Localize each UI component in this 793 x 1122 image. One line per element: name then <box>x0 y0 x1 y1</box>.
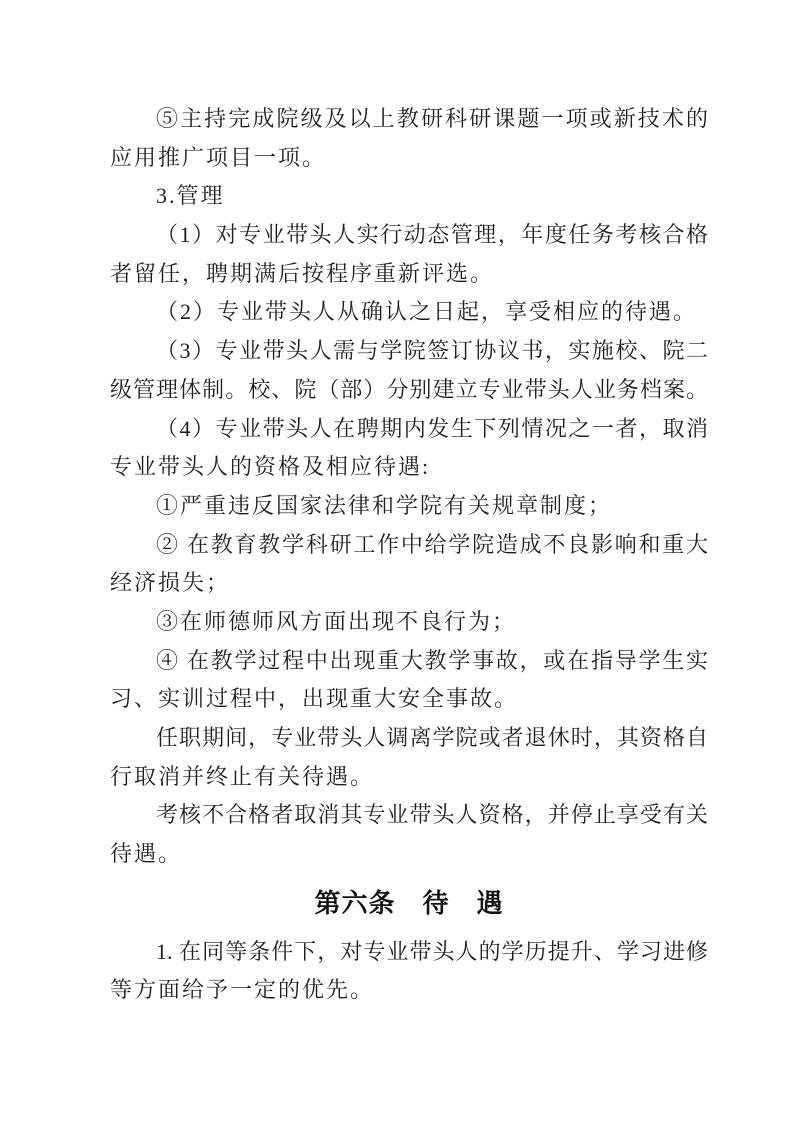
text-line: 者留任，聘期满后按程序重新评选。 <box>110 255 708 294</box>
text-line: 级管理体制。校、院（部）分别建立专业带头人业务档案。 <box>110 371 708 410</box>
text-line: 行取消并终止有关待遇。 <box>110 758 708 797</box>
text-line: ①严重违反国家法律和学院有关规章制度； <box>110 487 708 526</box>
section-heading: 第六条 待 遇 <box>110 883 708 923</box>
text-line: ② 在教育教学科研工作中给学院造成不良影响和重大 <box>110 526 708 565</box>
text-line: 等方面给予一定的优先。 <box>110 971 708 1010</box>
text-line: ⑤主持完成院级及以上教研科研课题一项或新技术的 <box>110 100 708 139</box>
text-line: 专业带头人的资格及相应待遇: <box>110 448 708 487</box>
text-line: 应用推广项目一项。 <box>110 139 708 178</box>
text-line: （4）专业带头人在聘期内发生下列情况之一者，取消 <box>110 410 708 449</box>
document-text-block: ⑤主持完成院级及以上教研科研课题一项或新技术的应用推广项目一项。3.管理（1）对… <box>110 100 708 1010</box>
text-line: （3）专业带头人需与学院签订协议书，实施校、院二 <box>110 332 708 371</box>
text-line: 待遇。 <box>110 835 708 874</box>
text-line: 1. 在同等条件下，对专业带头人的学历提升、学习进修 <box>110 933 708 972</box>
text-line: 习、实训过程中，出现重大安全事故。 <box>110 680 708 719</box>
document-page: ⑤主持完成院级及以上教研科研课题一项或新技术的应用推广项目一项。3.管理（1）对… <box>0 0 793 1122</box>
text-line: 3.管理 <box>110 177 708 216</box>
text-line: （1）对专业带头人实行动态管理，年度任务考核合格 <box>110 216 708 255</box>
text-line: 任职期间，专业带头人调离学院或者退休时，其资格自 <box>110 719 708 758</box>
text-line: ③在师德师风方面出现不良行为； <box>110 603 708 642</box>
text-line: ④ 在教学过程中出现重大教学事故，或在指导学生实 <box>110 642 708 681</box>
text-line: 经济损失； <box>110 564 708 603</box>
text-line: （2）专业带头人从确认之日起，享受相应的待遇。 <box>110 293 708 332</box>
text-line: 考核不合格者取消其专业带头人资格，并停止享受有关 <box>110 796 708 835</box>
